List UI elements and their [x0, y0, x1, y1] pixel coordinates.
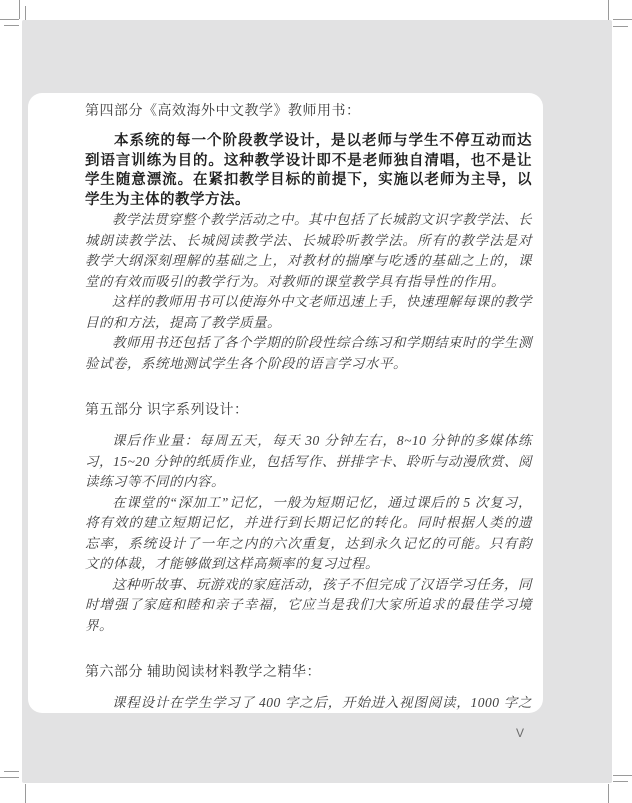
page-number: V: [516, 726, 524, 740]
crop-mark: [613, 19, 632, 20]
crop-mark: [19, 0, 20, 19]
section4-heading: 第四部分《高效海外中文教学》教师用书：: [85, 102, 532, 121]
page-content: 第四部分《高效海外中文教学》教师用书： 本系统的每一个阶段教学设计，是以老师与学…: [28, 93, 543, 713]
crop-mark: [608, 0, 609, 20]
section5-paragraph-memory: 在课堂的“深加工”记忆，一般为短期记忆，通过课后的 5 次复习，将有效的建立短期…: [85, 493, 532, 575]
crop-mark: [608, 784, 609, 803]
section5-paragraph-homework: 课后作业量：每周五天，每天 30 分钟左右，8~10 分钟的多媒体练习，15~2…: [85, 431, 532, 493]
crop-mark: [613, 781, 628, 782]
crop-mark: [4, 25, 19, 26]
section4-paragraph-benefit: 这样的教师用书可以使海外中文老师迅速上手，快速理解每课的教学目的和方法，提高了教…: [85, 292, 532, 333]
section6-heading: 第六部分 辅助阅读材料教学之精华：: [85, 663, 532, 682]
section4-paragraph-methods: 教学法贯穿整个教学活动之中。其中包括了长城韵文识字教学法、长城朗读教学法、长城阅…: [85, 210, 532, 292]
crop-mark: [613, 775, 632, 776]
section5-heading: 第五部分 识字系列设计：: [85, 401, 532, 420]
crop-mark: [0, 19, 19, 20]
crop-mark: [4, 771, 19, 772]
section4-paragraph-overview: 本系统的每一个阶段教学设计，是以老师与学生不停互动而达到语言训练为目的。这种教学…: [85, 132, 532, 210]
section4-paragraph-tests: 教师用书还包括了各个学期的阶段性综合练习和学期结束时的学生测验试卷，系统地测试学…: [85, 333, 532, 374]
book-page: 第四部分《高效海外中文教学》教师用书： 本系统的每一个阶段教学设计，是以老师与学…: [28, 93, 543, 713]
crop-mark: [25, 6, 26, 20]
crop-mark: [613, 26, 628, 27]
section6-paragraph-reading: 课程设计在学生学习了 400 字之后，开始进入视图阅读，1000 字之后加入自主…: [85, 693, 532, 713]
crop-mark: [25, 784, 26, 803]
section5-paragraph-family: 这种听故事、玩游戏的家庭活动，孩子不但完成了汉语学习任务，同时增强了家庭和睦和亲…: [85, 575, 532, 637]
crop-mark: [0, 777, 19, 778]
